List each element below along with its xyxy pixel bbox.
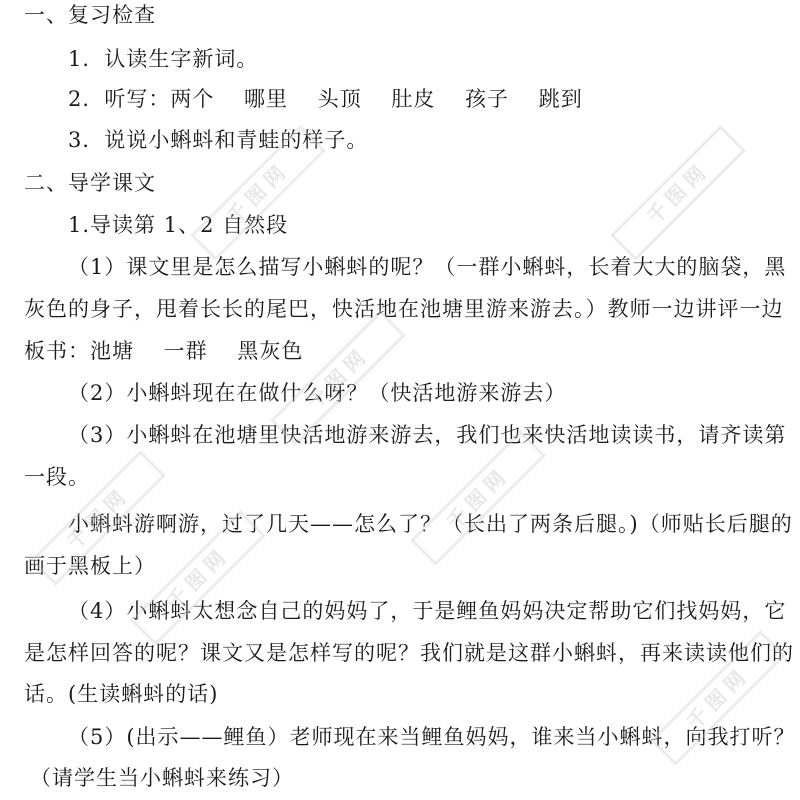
- paragraph-line: （5）(出示——鲤鱼）老师现在来当鲤鱼妈妈，谁来当小蝌蚪，向我打听？: [68, 724, 796, 750]
- watermark-logo: 千图网: [610, 125, 746, 261]
- subsection-heading-paragraphs-1-2: 1.导读第 1、2 自然段: [68, 212, 288, 238]
- watermark-logo: 千图网: [410, 430, 546, 566]
- paragraph-line: 画于黑板上）: [24, 553, 156, 579]
- paragraph-line: 小蝌蚪游啊游，过了几天——怎么了？（长出了两条后腿。)（师贴长后腿的: [68, 511, 793, 537]
- paragraph-line: （4）小蝌蚪太想念自己的妈妈了，于是鲤鱼妈妈决定帮助它们找妈妈，它: [68, 598, 786, 624]
- paragraph-line: 话。(生读蝌蚪的话): [24, 681, 218, 707]
- paragraph-line: 板书：池塘 一群 黑灰色: [24, 338, 303, 364]
- review-item-2-dictation: 2．听写：两个 哪里 头顶 肚皮 孩子 跳到: [68, 86, 583, 112]
- paragraph-line: （1）课文里是怎么描写小蝌蚪的呢？（一群小蝌蚪，长着大大的脑袋，黑: [68, 254, 786, 280]
- paragraph-line: 一段。: [24, 464, 90, 490]
- paragraph-line: 是怎样回答的呢？课文又是怎样写的呢？我们就是这群小蝌蚪，再来读读他们的: [24, 640, 794, 666]
- review-item-3: 3．说说小蝌蚪和青蛙的样子。: [68, 127, 368, 153]
- paragraph-line: （请学生当小蝌蚪来练习）: [30, 765, 294, 791]
- section-heading-guided-reading: 二、导学课文: [24, 170, 156, 196]
- document-page: 一、复习检查 1．认读生字新词。 2．听写：两个 哪里 头顶 肚皮 孩子 跳到 …: [0, 0, 800, 800]
- review-item-1: 1．认读生字新词。: [68, 46, 258, 72]
- section-heading-review: 一、复习检查: [24, 2, 156, 28]
- paragraph-line: （2）小蝌蚪现在在做什么呀？（快活地游来游去）: [68, 380, 566, 406]
- paragraph-line: （3）小蝌蚪在池塘里快活地游来游去，我们也来快活地读读书，请齐读第: [68, 422, 786, 448]
- paragraph-line: 灰色的身子，甩着长长的尾巴，快活地在池塘里游来游去。）教师一边讲评一边: [24, 296, 784, 322]
